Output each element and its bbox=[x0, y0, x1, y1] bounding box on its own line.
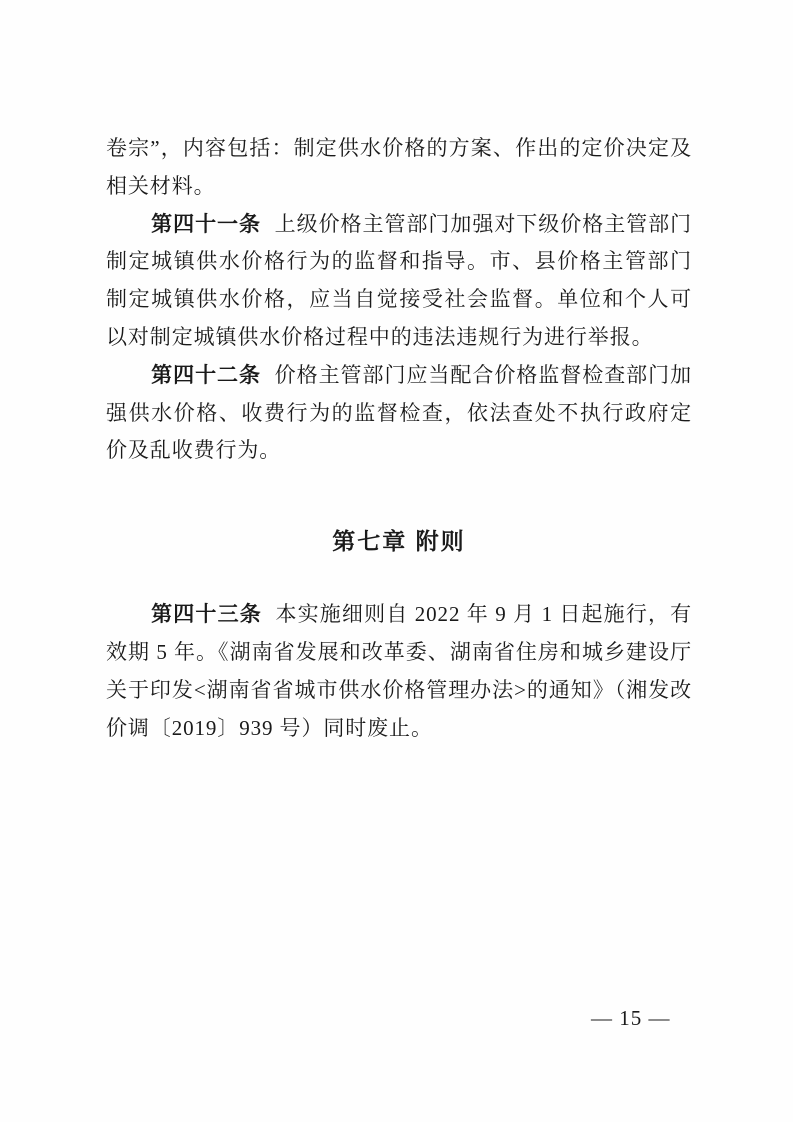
document-page: 卷宗”，内容包括：制定供水价格的方案、作出的定价决定及相关材料。 第四十一条上级… bbox=[0, 0, 793, 1122]
article-41-label: 第四十一条 bbox=[151, 213, 261, 236]
chapter-7-heading: 第七章 附则 bbox=[106, 522, 692, 560]
article-41-paragraph: 第四十一条上级价格主管部门加强对下级价格主管部门制定城镇供水价格行为的监督和指导… bbox=[106, 206, 692, 357]
article-43-paragraph: 第四十三条本实施细则自 2022 年 9 月 1 日起施行，有效期 5 年。《湖… bbox=[106, 596, 692, 747]
article-42-paragraph: 第四十二条价格主管部门应当配合价格监督检查部门加强供水价格、收费行为的监督检查，… bbox=[106, 357, 692, 470]
page-number: — 15 — bbox=[591, 1006, 671, 1031]
article-42-label: 第四十二条 bbox=[151, 364, 261, 387]
paragraph-continuation: 卷宗”，内容包括：制定供水价格的方案、作出的定价决定及相关材料。 bbox=[106, 130, 692, 206]
article-43-label: 第四十三条 bbox=[151, 603, 262, 626]
document-body: 卷宗”，内容包括：制定供水价格的方案、作出的定价决定及相关材料。 第四十一条上级… bbox=[106, 130, 692, 747]
